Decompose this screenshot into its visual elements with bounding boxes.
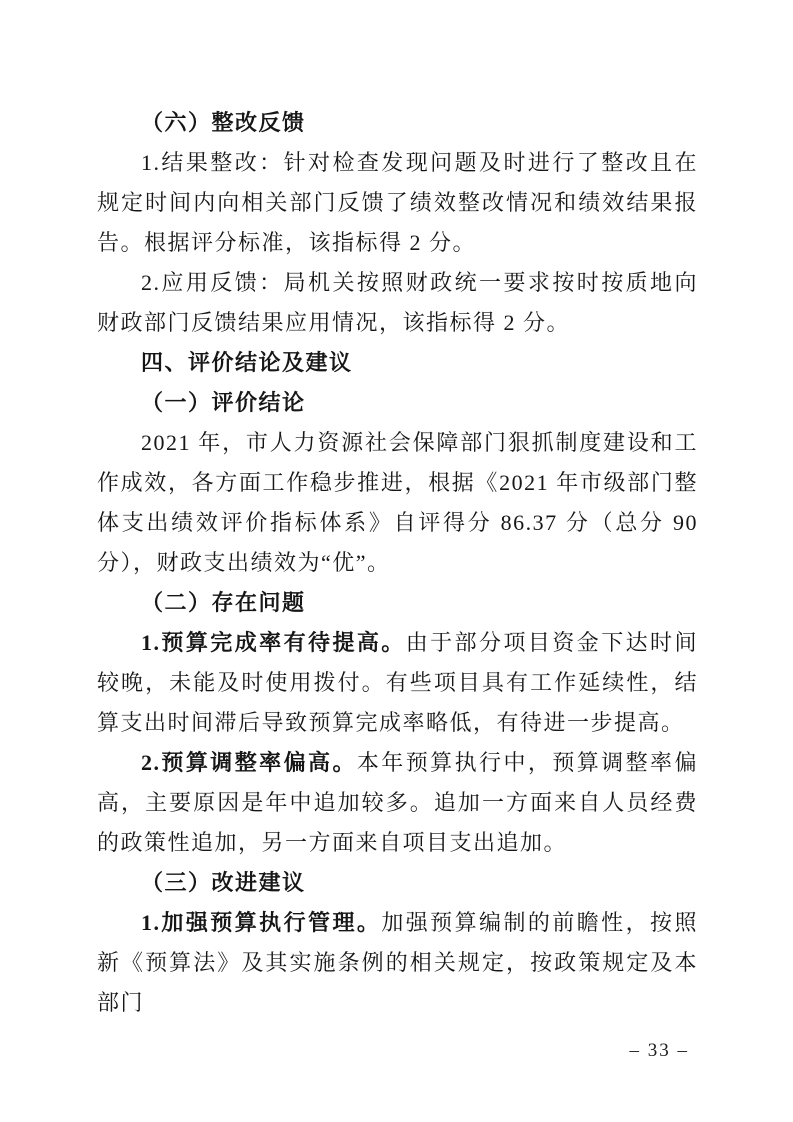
paragraph-lead-budget-adjustment: 2.预算调整率偏高。 bbox=[141, 750, 357, 775]
paragraph-result-rectification: 1.结果整改：针对检查发现问题及时进行了整改且在规定时间内向相关部门反馈了绩效整… bbox=[97, 143, 698, 263]
document-page: （六）整改反馈 1.结果整改：针对检查发现问题及时进行了整改且在规定时间内向相关… bbox=[0, 0, 793, 1122]
section-heading-evaluation-conclusion: （一）评价结论 bbox=[97, 383, 698, 423]
document-body: （六）整改反馈 1.结果整改：针对检查发现问题及时进行了整改且在规定时间内向相关… bbox=[97, 103, 698, 1023]
part-heading-conclusion-and-suggestions: 四、评价结论及建议 bbox=[97, 343, 698, 383]
section-heading-existing-problems: （二）存在问题 bbox=[97, 583, 698, 623]
page-number: – 33 – bbox=[630, 1036, 690, 1066]
paragraph-lead-budget-completion: 1.预算完成率有待提高。 bbox=[141, 630, 406, 655]
paragraph-lead-budget-execution: 1.加强预算执行管理。 bbox=[141, 910, 381, 935]
paragraph-suggestion-budget-execution: 1.加强预算执行管理。加强预算编制的前瞻性，按照新《预算法》及其实施条例的相关规… bbox=[97, 903, 698, 1023]
paragraph-problem-budget-adjustment: 2.预算调整率偏高。本年预算执行中，预算调整率偏高，主要原因是年中追加较多。追加… bbox=[97, 743, 698, 863]
section-heading-improvement-suggestions: （三）改进建议 bbox=[97, 863, 698, 903]
section-heading-rectification-feedback: （六）整改反馈 bbox=[97, 103, 698, 143]
paragraph-application-feedback: 2.应用反馈：局机关按照财政统一要求按时按质地向财政部门反馈结果应用情况，该指标… bbox=[97, 263, 698, 343]
paragraph-problem-budget-completion: 1.预算完成率有待提高。由于部分项目资金下达时间较晚，未能及时使用拨付。有些项目… bbox=[97, 623, 698, 743]
paragraph-evaluation-conclusion: 2021 年，市人力资源社会保障部门狠抓制度建设和工作成效，各方面工作稳步推进，… bbox=[97, 423, 698, 583]
